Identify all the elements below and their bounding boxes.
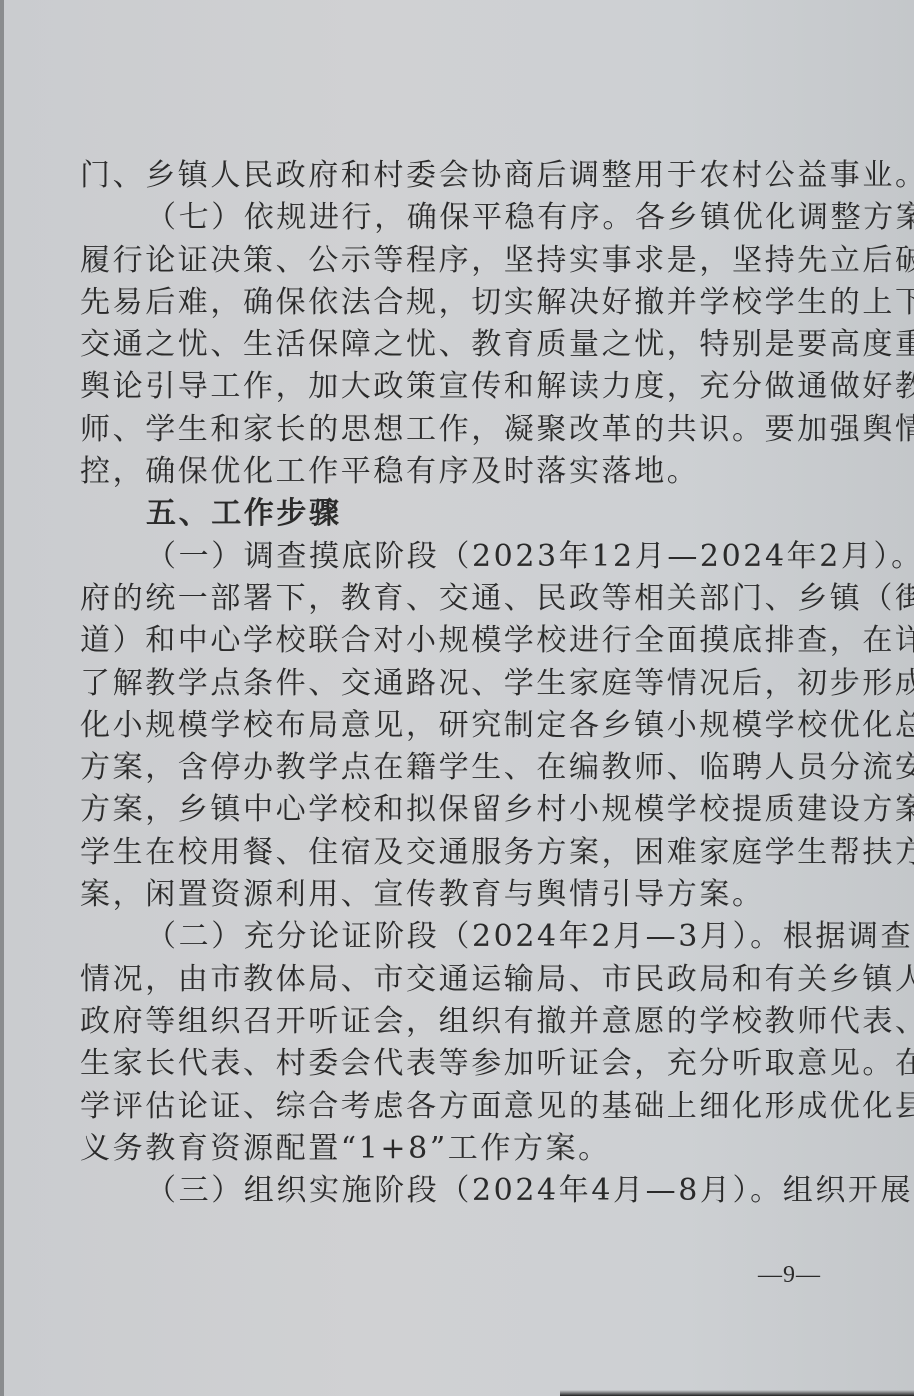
paragraph-line: 府的统一部署下，教育、交通、民政等相关部门、乡镇（街: [80, 578, 832, 620]
paragraph-line: 政府等组织召开听证会，组织有撤并意愿的学校教师代表、学: [80, 1001, 832, 1043]
paragraph-line: （二）充分论证阶段（2024年2月—3月）。根据调查摸底: [80, 916, 832, 958]
paragraph-line: 化小规模学校布局意见，研究制定各乡镇小规模学校优化总体: [80, 705, 832, 747]
page-edge: [0, 0, 4, 1396]
paragraph-line: 师、学生和家长的思想工作，凝聚改革的共识。要加强舆情导: [80, 409, 832, 451]
bottom-shadow: [560, 1390, 914, 1396]
page-number: —9—: [758, 1262, 821, 1289]
paragraph-line: 学生在校用餐、住宿及交通服务方案，困难家庭学生帮扶方: [80, 832, 832, 874]
paragraph-line: 案，闲置资源利用、宣传教育与舆情引导方案。: [80, 874, 832, 916]
paragraph-line: 生家长代表、村委会代表等参加听证会，充分听取意见。在科: [80, 1043, 832, 1085]
paragraph-line: （七）依规进行，确保平稳有序。各乡镇优化调整方案要: [80, 197, 832, 239]
paragraph-line: 方案，含停办教学点在籍学生、在编教师、临聘人员分流安置: [80, 747, 832, 789]
paragraph-line: 情况，由市教体局、市交通运输局、市民政局和有关乡镇人民: [80, 959, 832, 1001]
section-heading: 五、工作步骤: [80, 493, 832, 535]
paragraph-line: 义务教育资源配置“1+8”工作方案。: [80, 1128, 832, 1170]
paragraph-line: （一）调查摸底阶段（2023年12月—2024年2月）。在市政: [80, 536, 832, 578]
paragraph-line: 先易后难，确保依法合规，切实解决好撤并学校学生的上下学: [80, 282, 832, 324]
paragraph-line: （三）组织实施阶段（2024年4月—8月）。组织开展优化: [80, 1170, 832, 1212]
paragraph-line: 控，确保优化工作平稳有序及时落实落地。: [80, 451, 832, 493]
paragraph-line: 道）和中心学校联合对小规模学校进行全面摸底排查，在详细: [80, 620, 832, 662]
paragraph-line: 交通之忧、生活保障之忧、教育质量之忧，特别是要高度重视: [80, 324, 832, 366]
paragraph-line: 了解教学点条件、交通路况、学生家庭等情况后，初步形成优: [80, 663, 832, 705]
paragraph-line: 履行论证决策、公示等程序，坚持实事求是，坚持先立后破、: [80, 240, 832, 282]
paragraph-line: 门、乡镇人民政府和村委会协商后调整用于农村公益事业。: [80, 155, 832, 197]
document-body: 门、乡镇人民政府和村委会协商后调整用于农村公益事业。 （七）依规进行，确保平稳有…: [80, 155, 832, 1212]
paragraph-line: 舆论引导工作，加大政策宣传和解读力度，充分做通做好教: [80, 366, 832, 408]
paragraph-line: 学评估论证、综合考虑各方面意见的基础上细化形成优化县域: [80, 1086, 832, 1128]
paragraph-line: 方案，乡镇中心学校和拟保留乡村小规模学校提质建设方案，: [80, 789, 832, 831]
